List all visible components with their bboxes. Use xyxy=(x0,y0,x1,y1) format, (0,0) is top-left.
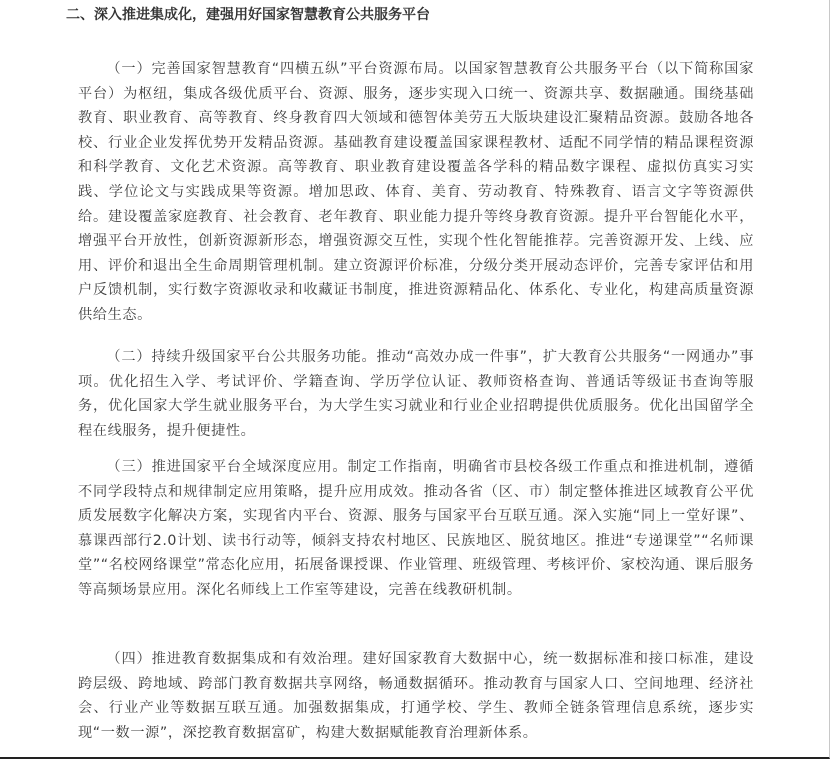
paragraph-3-platform-deep-application: （三）推进国家平台全域深度应用。制定工作指南，明确省市县校各级工作重点和推进机制… xyxy=(78,455,754,603)
section-heading: 二、深入推进集成化，建强用好国家智慧教育公共服务平台 xyxy=(66,4,430,26)
paragraph-4-education-data-governance: （四）推进教育数据集成和有效治理。建好国家教育大数据中心，统一数据标准和接口标准… xyxy=(78,647,754,745)
document-page: 二、深入推进集成化，建强用好国家智慧教育公共服务平台 （一）完善国家智慧教育“四… xyxy=(0,0,830,759)
paragraph-2-public-service-functions: （二）持续升级国家平台公共服务功能。推动“高效办成一件事”，扩大教育公共服务“一… xyxy=(78,345,754,443)
paragraph-1-platform-resource-layout: （一）完善国家智慧教育“四横五纵”平台资源布局。以国家智慧教育公共服务平台（以下… xyxy=(78,57,754,328)
